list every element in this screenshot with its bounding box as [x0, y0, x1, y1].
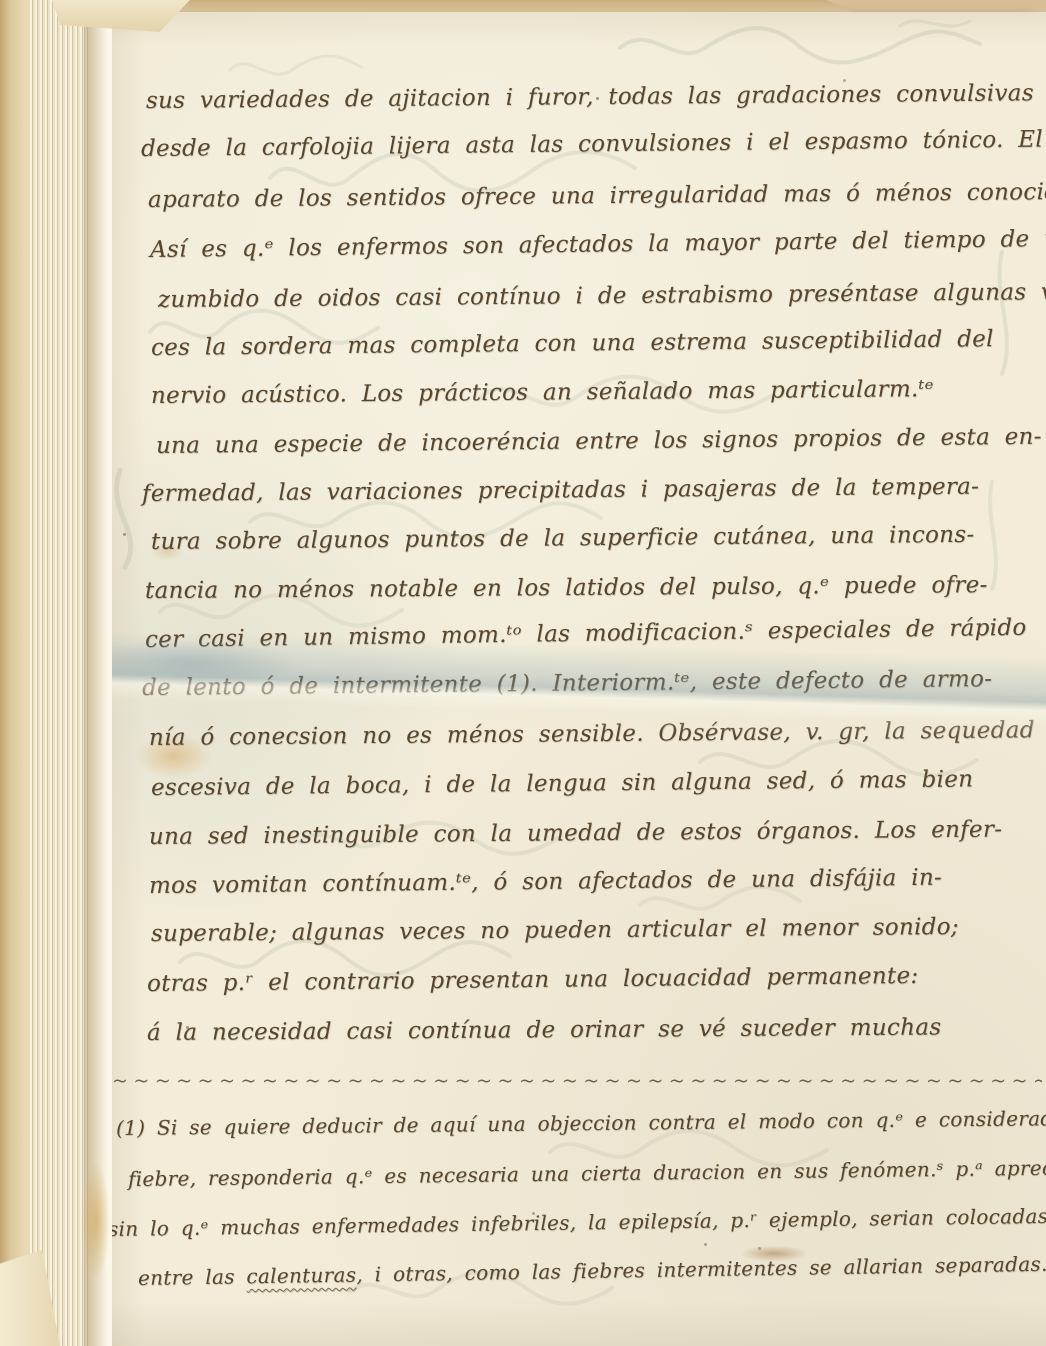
underlined-word: calenturas [246, 1263, 356, 1289]
manuscript-photo: sus variedades de ajitacion i furor, tod… [0, 0, 1046, 1346]
book-binding-edge [0, 0, 112, 1346]
manuscript-line: á la necesidad casi contínua de orinar s… [147, 1014, 942, 1046]
footnote-text: entre las [138, 1264, 247, 1290]
page-stack-shadow [84, 0, 112, 1346]
page-stack-edges [30, 0, 88, 1346]
footnote-divider: ~~~~~~~~~~~~~~~~~~~~~~~~~~~~~~~~~~~~~~~~… [112, 1070, 1042, 1092]
